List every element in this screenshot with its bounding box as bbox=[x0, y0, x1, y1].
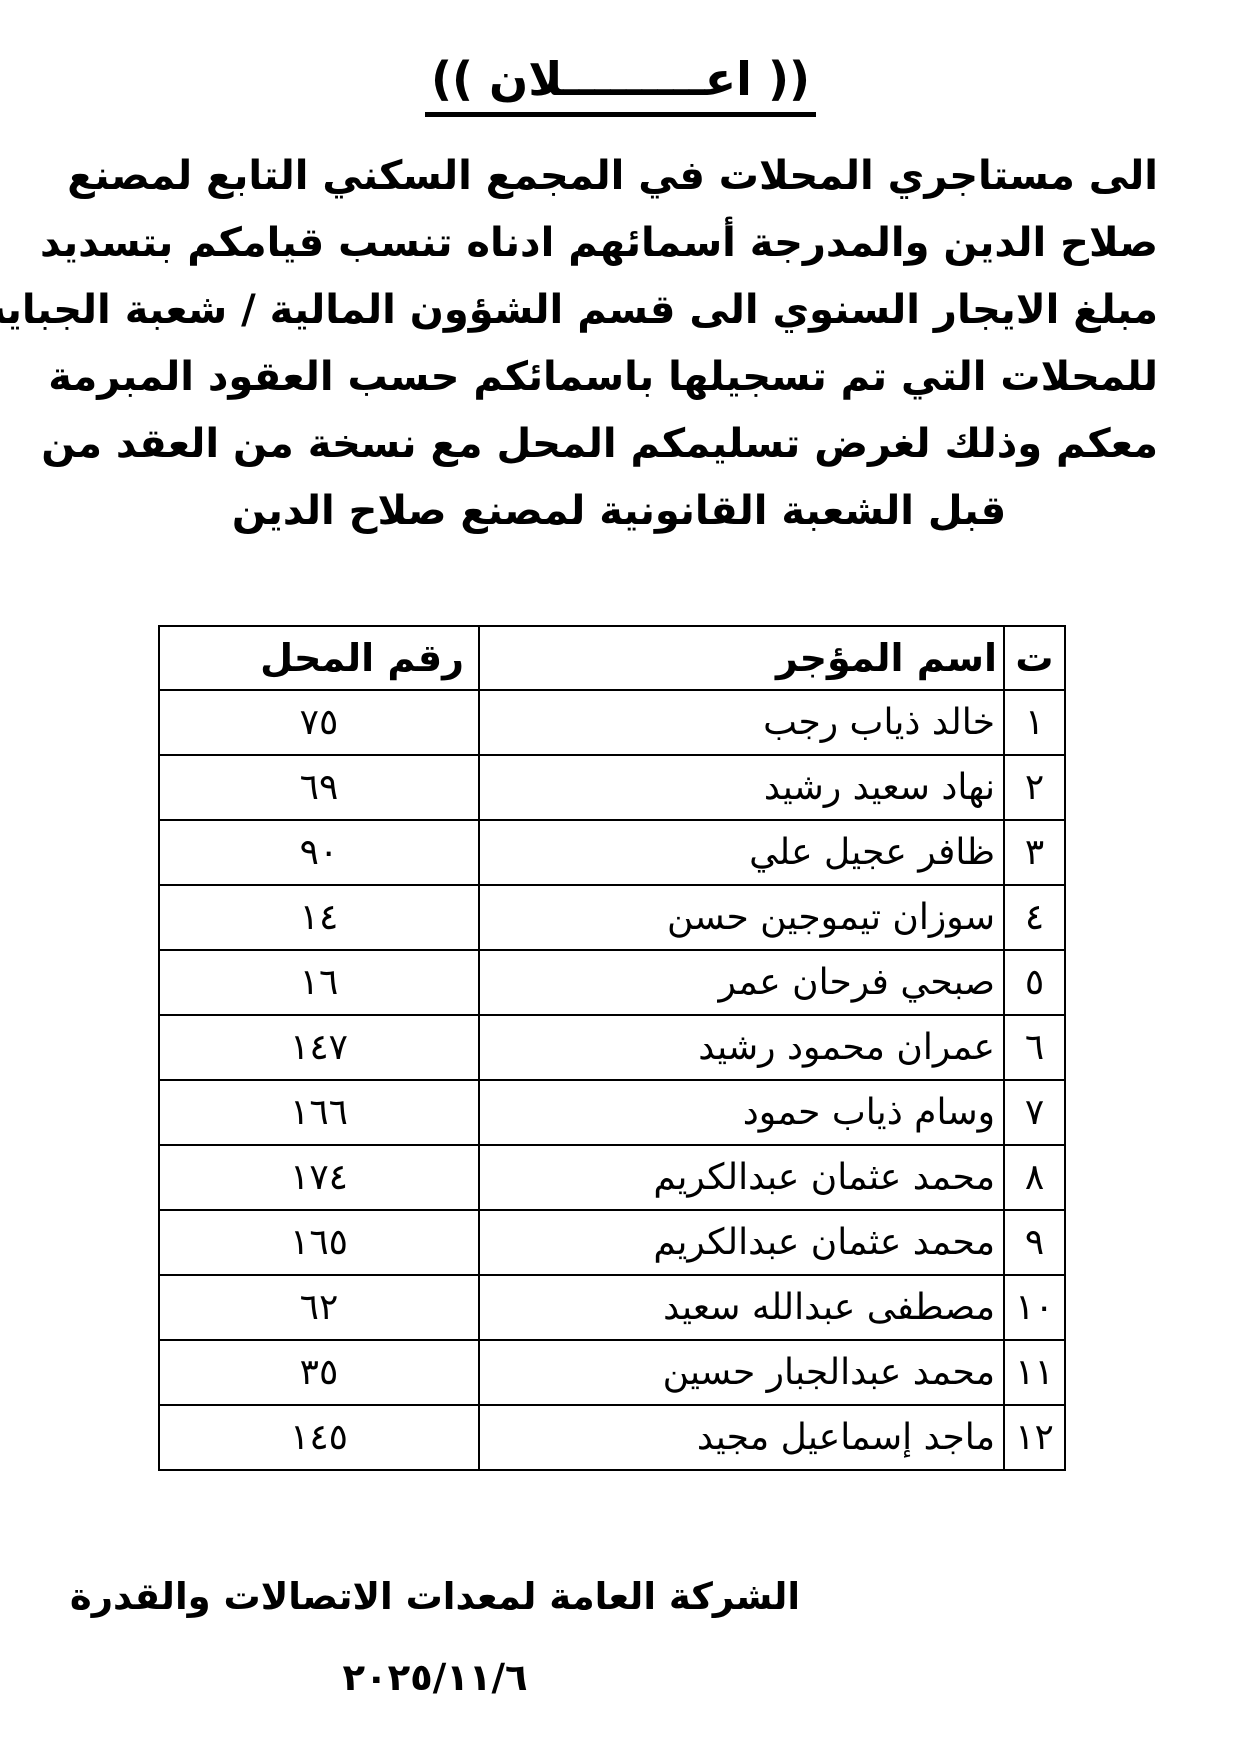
intro-line: صلاح الدين والمدرجة أسمائهم ادناه تنسب ق… bbox=[80, 210, 1158, 277]
lessor-name: محمد عبدالجبار حسين bbox=[479, 1340, 1004, 1405]
document-page: (( اعـــــــــلان )) الى مستاجري المحلات… bbox=[0, 0, 1241, 1755]
lessor-name: مصطفى عبدالله سعيد bbox=[479, 1275, 1004, 1340]
header-shop-number: رقم المحل bbox=[159, 626, 479, 690]
table-row: ٣ ظافر عجيل علي ٩٠ bbox=[159, 820, 1065, 885]
table-row: ٥ صبحي فرحان عمر ١٦ bbox=[159, 950, 1065, 1015]
row-seq: ٣ bbox=[1004, 820, 1065, 885]
header-seq: ت bbox=[1004, 626, 1065, 690]
table-row: ٦ عمران محمود رشيد ١٤٧ bbox=[159, 1015, 1065, 1080]
row-seq: ٥ bbox=[1004, 950, 1065, 1015]
table-row: ٧ وسام ذياب حمود ١٦٦ bbox=[159, 1080, 1065, 1145]
shop-number: ١٤٥ bbox=[159, 1405, 479, 1470]
table-row: ١١ محمد عبدالجبار حسين ٣٥ bbox=[159, 1340, 1065, 1405]
lessors-table: ت اسم المؤجر رقم المحل ١ خالد ذياب رجب ٧… bbox=[158, 625, 1066, 1471]
lessor-name: عمران محمود رشيد bbox=[479, 1015, 1004, 1080]
lessor-name: نهاد سعيد رشيد bbox=[479, 755, 1004, 820]
shop-number: ١٧٤ bbox=[159, 1145, 479, 1210]
table-row: ٢ نهاد سعيد رشيد ٦٩ bbox=[159, 755, 1065, 820]
header-lessor-name: اسم المؤجر bbox=[479, 626, 1004, 690]
company-name: الشركة العامة لمعدات الاتصالات والقدرة bbox=[60, 1567, 810, 1627]
shop-number: ٦٩ bbox=[159, 755, 479, 820]
shop-number: ٦٢ bbox=[159, 1275, 479, 1340]
table-row: ٩ محمد عثمان عبدالكريم ١٦٥ bbox=[159, 1210, 1065, 1275]
title-section: (( اعـــــــــلان )) bbox=[0, 0, 1241, 117]
row-seq: ٢ bbox=[1004, 755, 1065, 820]
lessor-name: ماجد إسماعيل مجيد bbox=[479, 1405, 1004, 1470]
intro-line: للمحلات التي تم تسجيلها باسمائكم حسب الع… bbox=[80, 344, 1158, 411]
document-date: ٢٠٢٥/١١/٦ bbox=[60, 1653, 810, 1703]
lessor-name: ظافر عجيل علي bbox=[479, 820, 1004, 885]
intro-paragraph: الى مستاجري المحلات في المجمع السكني الت… bbox=[80, 143, 1158, 545]
row-seq: ٩ bbox=[1004, 1210, 1065, 1275]
shop-number: ٣٥ bbox=[159, 1340, 479, 1405]
row-seq: ١١ bbox=[1004, 1340, 1065, 1405]
footer-section: الشركة العامة لمعدات الاتصالات والقدرة ٢… bbox=[60, 1567, 810, 1703]
lessor-name: سوزان تيموجين حسن bbox=[479, 885, 1004, 950]
shop-number: ١٤٧ bbox=[159, 1015, 479, 1080]
table-row: ١ خالد ذياب رجب ٧٥ bbox=[159, 690, 1065, 755]
intro-line: قبل الشعبة القانونية لمصنع صلاح الدين bbox=[80, 478, 1158, 545]
lessor-name: محمد عثمان عبدالكريم bbox=[479, 1210, 1004, 1275]
table-row: ٨ محمد عثمان عبدالكريم ١٧٤ bbox=[159, 1145, 1065, 1210]
shop-number: ١٦ bbox=[159, 950, 479, 1015]
shop-number: ٧٥ bbox=[159, 690, 479, 755]
row-seq: ٨ bbox=[1004, 1145, 1065, 1210]
shop-number: ١٤ bbox=[159, 885, 479, 950]
intro-line: مبلغ الايجار السنوي الى قسم الشؤون المال… bbox=[80, 277, 1158, 344]
lessor-name: محمد عثمان عبدالكريم bbox=[479, 1145, 1004, 1210]
lessor-name: خالد ذياب رجب bbox=[479, 690, 1004, 755]
shop-number: ٩٠ bbox=[159, 820, 479, 885]
lessor-name: صبحي فرحان عمر bbox=[479, 950, 1004, 1015]
row-seq: ٦ bbox=[1004, 1015, 1065, 1080]
table-header-row: ت اسم المؤجر رقم المحل bbox=[159, 626, 1065, 690]
table-row: ١٠ مصطفى عبدالله سعيد ٦٢ bbox=[159, 1275, 1065, 1340]
shop-number: ١٦٦ bbox=[159, 1080, 479, 1145]
shop-number: ١٦٥ bbox=[159, 1210, 479, 1275]
row-seq: ١ bbox=[1004, 690, 1065, 755]
row-seq: ٧ bbox=[1004, 1080, 1065, 1145]
row-seq: ١٠ bbox=[1004, 1275, 1065, 1340]
intro-line: الى مستاجري المحلات في المجمع السكني الت… bbox=[80, 143, 1158, 210]
row-seq: ١٢ bbox=[1004, 1405, 1065, 1470]
row-seq: ٤ bbox=[1004, 885, 1065, 950]
intro-line: معكم وذلك لغرض تسليمكم المحل مع نسخة من … bbox=[80, 411, 1158, 478]
table-row: ١٢ ماجد إسماعيل مجيد ١٤٥ bbox=[159, 1405, 1065, 1470]
table-row: ٤ سوزان تيموجين حسن ١٤ bbox=[159, 885, 1065, 950]
announcement-title: (( اعـــــــــلان )) bbox=[425, 52, 816, 117]
lessor-name: وسام ذياب حمود bbox=[479, 1080, 1004, 1145]
